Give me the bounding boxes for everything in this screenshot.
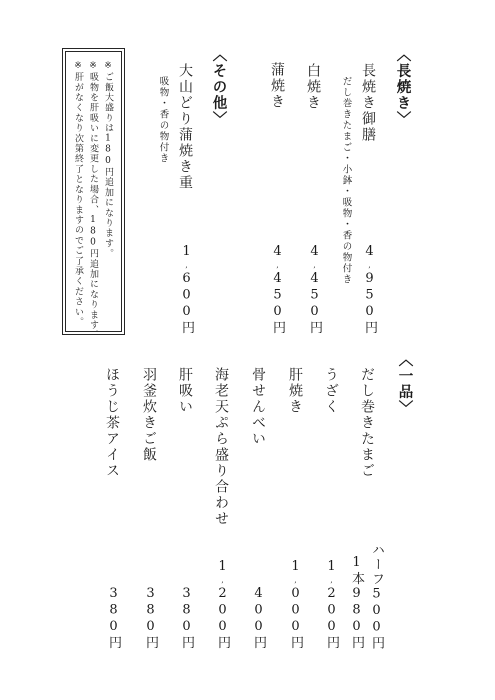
menu-item-price: 4,450円 (271, 244, 284, 335)
notes-box-inner: ※ご飯大盛りは180円追加になります。 ※吸物を肝吸いに変更した場合、180円追… (65, 51, 122, 332)
menu-item-name: 白焼き (306, 63, 320, 111)
menu-item-price: 1,600円 (180, 244, 193, 335)
menu-item-name: 骨せんべい (251, 367, 265, 447)
menu-item-price: 4,950円 (363, 244, 376, 335)
section-title-ippin: 〈一品〉 (397, 352, 412, 416)
menu-item-name: 肝吸い (178, 367, 192, 415)
menu-item-name: 大山どり蒲焼き重 (178, 63, 192, 191)
note-line: ※肝がなくなり次第終了となりますのでご了承ください。 (70, 61, 85, 322)
menu-item-price: 1,000円 (289, 559, 302, 650)
menu-item-note: だし巻きたまご・小鉢・吸物・香の物付き (341, 76, 351, 285)
menu-item-price: 1,200円 (216, 559, 229, 650)
menu-item-name: 羽釜炊きご飯 (142, 367, 156, 463)
menu-item-price: 400円 (252, 586, 265, 650)
menu-item-price: ハーフ500円 (370, 543, 383, 651)
menu-item-price: 1本980円 (350, 555, 363, 650)
menu-item-name: 長焼き御膳 (361, 63, 375, 143)
note-line: ※吸物を肝吸いに変更した場合、180円追加になります。 (85, 61, 100, 322)
menu-item-name: だし巻きたまご (360, 367, 374, 479)
menu-item-name: うざく (324, 367, 338, 415)
menu-item-name: ほうじ茶アイス (105, 367, 119, 479)
menu-page: 〈長焼き〉 長焼き御膳 だし巻きたまご・小鉢・吸物・香の物付き 4,950円 白… (0, 0, 495, 700)
menu-item-price: 380円 (107, 586, 120, 650)
menu-item-price: 380円 (180, 586, 193, 650)
menu-item-name: 蒲焼き (270, 62, 284, 110)
menu-item-price: 380円 (144, 586, 157, 650)
menu-item-price: 4,450円 (308, 244, 321, 335)
menu-item-note: 吸物・香の物付き (158, 76, 168, 164)
menu-item-name: 肝焼き (288, 367, 302, 415)
section-title-sonota: 〈その他〉 (211, 47, 226, 127)
section-title-unagi: 〈長焼き〉 (395, 47, 410, 127)
menu-item-name: 海老天ぷら盛り合わせ (214, 367, 228, 527)
menu-item-price: 1,200円 (325, 559, 338, 650)
notes-box: ※ご飯大盛りは180円追加になります。 ※吸物を肝吸いに変更した場合、180円追… (62, 48, 125, 335)
note-line: ※ご飯大盛りは180円追加になります。 (100, 61, 115, 322)
